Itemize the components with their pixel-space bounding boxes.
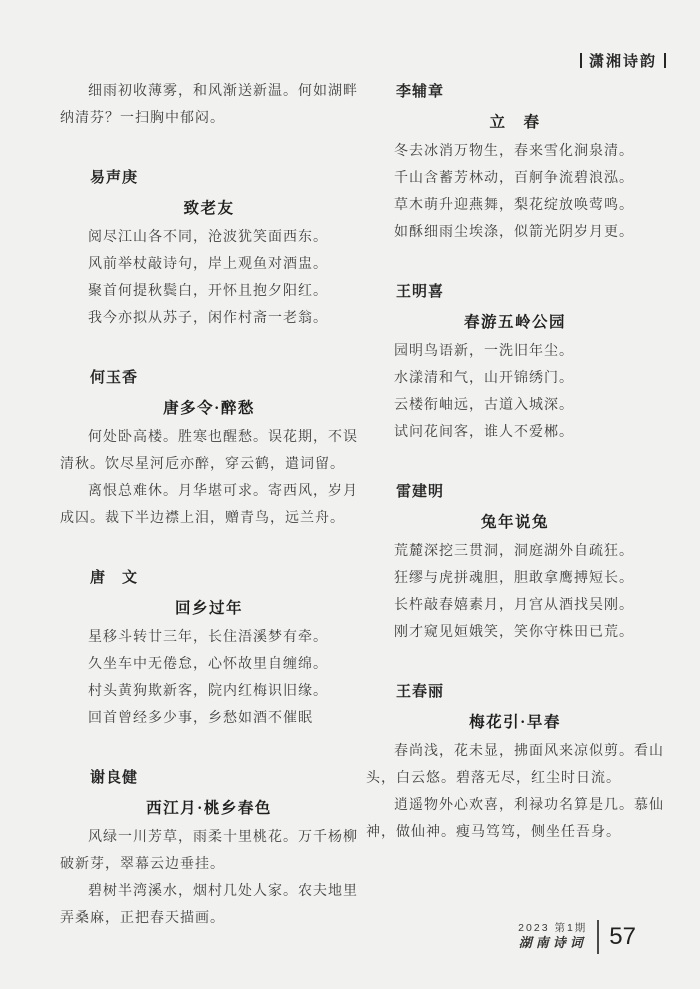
poem-title: 西江月·桃乡春色 bbox=[60, 795, 358, 822]
poem-title: 梅花引·早春 bbox=[366, 709, 664, 736]
poem-section: 何玉香 唐多令·醉愁 何处卧高楼。胜寒也醒愁。误花期，不误清秋。饮尽星河卮亦醉，… bbox=[60, 364, 358, 532]
right-column: 李辅章 立 春 冬去冰消万物生，春来雪化涧泉清。 千山含蓄芳林动，百舸争流碧浪泓… bbox=[366, 78, 664, 932]
poem-author: 易声庚 bbox=[60, 164, 358, 191]
poem-section: 谢良健 西江月·桃乡春色 风绿一川芳草，雨柔十里桃花。万千杨柳破新芽，翠幕云边垂… bbox=[60, 764, 358, 932]
poem-line: 荒麓深挖三贯洞，洞庭湖外自疏狂。 bbox=[366, 538, 664, 565]
running-head: 潇湘诗韵 bbox=[580, 50, 666, 71]
poem-title: 致老友 bbox=[60, 195, 358, 222]
poem-title: 唐多令·醉愁 bbox=[60, 395, 358, 422]
poem-author: 谢良健 bbox=[60, 764, 358, 791]
left-column: 细雨初收薄雾，和风渐送新温。何如湖畔纳清芬？一扫胸中郁闷。 易声庚 致老友 阅尽… bbox=[60, 78, 358, 932]
page-footer: 2023 第1期 湖南诗词 57 bbox=[518, 920, 636, 954]
poem-line: 千山含蓄芳林动，百舸争流碧浪泓。 bbox=[366, 165, 664, 192]
poem-line: 冬去冰消万物生，春来雪化涧泉清。 bbox=[366, 138, 664, 165]
running-head-title: 潇湘诗韵 bbox=[589, 50, 657, 71]
poem-title: 兔年说兔 bbox=[366, 509, 664, 536]
journal-name: 湖南诗词 bbox=[518, 935, 587, 953]
poem-author: 李辅章 bbox=[366, 78, 664, 105]
poem-continuation: 细雨初收薄雾，和风渐送新温。何如湖畔纳清芬？一扫胸中郁闷。 bbox=[60, 78, 358, 132]
poem-line: 村头黄狗欺新客，院内红梅识旧缘。 bbox=[60, 678, 358, 705]
poem-line: 星移斗转廿三年，长住浯溪梦有牵。 bbox=[60, 624, 358, 651]
issue-label: 2023 第1期 bbox=[518, 921, 587, 935]
poem-line: 聚首何提秋鬓白，开怀且抱夕阳红。 bbox=[60, 278, 358, 305]
poem-title: 回乡过年 bbox=[60, 595, 358, 622]
page-number: 57 bbox=[609, 920, 636, 954]
poem-section: 唐 文 回乡过年 星移斗转廿三年，长住浯溪梦有牵。 久坐车中无倦怠，心怀故里自缠… bbox=[60, 564, 358, 732]
poem-stanza: 风绿一川芳草，雨柔十里桃花。万千杨柳破新芽，翠幕云边垂挂。 bbox=[60, 824, 358, 878]
poem-stanza: 何处卧高楼。胜寒也醒愁。误花期，不误清秋。饮尽星河卮亦醉，穿云鹤，遣词留。 bbox=[60, 424, 358, 478]
poem-section: 王明喜 春游五岭公园 园明鸟语新，一洗旧年尘。 水漾清和气，山开锦绣门。 云楼衔… bbox=[366, 278, 664, 446]
poem-stanza: 离恨总难休。月华堪可求。寄西风，岁月成囚。裁下半边襟上泪，赠青鸟，远兰舟。 bbox=[60, 478, 358, 532]
poem-stanza: 逍遥物外心欢喜，利禄功名算是几。慕仙神，做仙神。瘦马笃笃，侧坐任吾身。 bbox=[366, 792, 664, 846]
poem-line: 回首曾经多少事，乡愁如酒不催眠 bbox=[60, 705, 358, 732]
poem-title: 立 春 bbox=[366, 109, 664, 136]
poem-line: 云楼衔岫远，古道入城深。 bbox=[366, 392, 664, 419]
poem-line: 试问花间客，谁人不爱郴。 bbox=[366, 419, 664, 446]
poem-line: 刚才窥见姮娥笑，笑你守株田已荒。 bbox=[366, 619, 664, 646]
poem-author: 何玉香 bbox=[60, 364, 358, 391]
poem-section: 雷建明 兔年说兔 荒麓深挖三贯洞，洞庭湖外自疏狂。 狂缪与虎拼魂胆，胆敢拿鹰搏短… bbox=[366, 478, 664, 646]
poem-line: 园明鸟语新，一洗旧年尘。 bbox=[366, 338, 664, 365]
poem-section: 王春丽 梅花引·早春 春尚浅，花未显，拂面风来凉似剪。看山头，白云悠。碧落无尽，… bbox=[366, 678, 664, 846]
poem-author: 雷建明 bbox=[366, 478, 664, 505]
poem-author: 王春丽 bbox=[366, 678, 664, 705]
footer-divider bbox=[597, 920, 599, 954]
poem-line: 久坐车中无倦怠，心怀故里自缠绵。 bbox=[60, 651, 358, 678]
poem-line: 长杵敲春嬉素月，月宫从酒找吴刚。 bbox=[366, 592, 664, 619]
poem-line: 狂缪与虎拼魂胆，胆敢拿鹰搏短长。 bbox=[366, 565, 664, 592]
poem-section: 易声庚 致老友 阅尽江山各不同，沧波犹笑面西东。 风前举杖敲诗句，岸上观鱼对酒盅… bbox=[60, 164, 358, 332]
poem-line: 我今亦拟从苏子，闲作村斋一老翁。 bbox=[60, 305, 358, 332]
poem-line: 水漾清和气，山开锦绣门。 bbox=[366, 365, 664, 392]
poem-stanza: 碧树半湾溪水，烟村几处人家。农夫地里弄桑麻，正把春天描画。 bbox=[60, 878, 358, 932]
poem-title: 春游五岭公园 bbox=[366, 309, 664, 336]
poem-line: 风前举杖敲诗句，岸上观鱼对酒盅。 bbox=[60, 251, 358, 278]
poem-author: 唐 文 bbox=[60, 564, 358, 591]
magazine-page: 潇湘诗韵 细雨初收薄雾，和风渐送新温。何如湖畔纳清芬？一扫胸中郁闷。 易声庚 致… bbox=[0, 0, 700, 989]
poem-line: 细雨初收薄雾，和风渐送新温。何如湖畔纳清芬？一扫胸中郁闷。 bbox=[60, 78, 358, 132]
poem-line: 阅尽江山各不同，沧波犹笑面西东。 bbox=[60, 224, 358, 251]
poem-section: 李辅章 立 春 冬去冰消万物生，春来雪化涧泉清。 千山含蓄芳林动，百舸争流碧浪泓… bbox=[366, 78, 664, 246]
journal-meta: 2023 第1期 湖南诗词 bbox=[518, 921, 587, 953]
poem-line: 草木萌升迎燕舞，梨花绽放唤莺鸣。 bbox=[366, 192, 664, 219]
poem-stanza: 春尚浅，花未显，拂面风来凉似剪。看山头，白云悠。碧落无尽，红尘时日流。 bbox=[366, 738, 664, 792]
poem-line: 如酥细雨尘埃涤，似箭光阴岁月更。 bbox=[366, 219, 664, 246]
poem-author: 王明喜 bbox=[366, 278, 664, 305]
page-content: 细雨初收薄雾，和风渐送新温。何如湖畔纳清芬？一扫胸中郁闷。 易声庚 致老友 阅尽… bbox=[60, 78, 664, 932]
head-bar-right bbox=[664, 53, 666, 68]
head-bar-left bbox=[580, 53, 582, 68]
